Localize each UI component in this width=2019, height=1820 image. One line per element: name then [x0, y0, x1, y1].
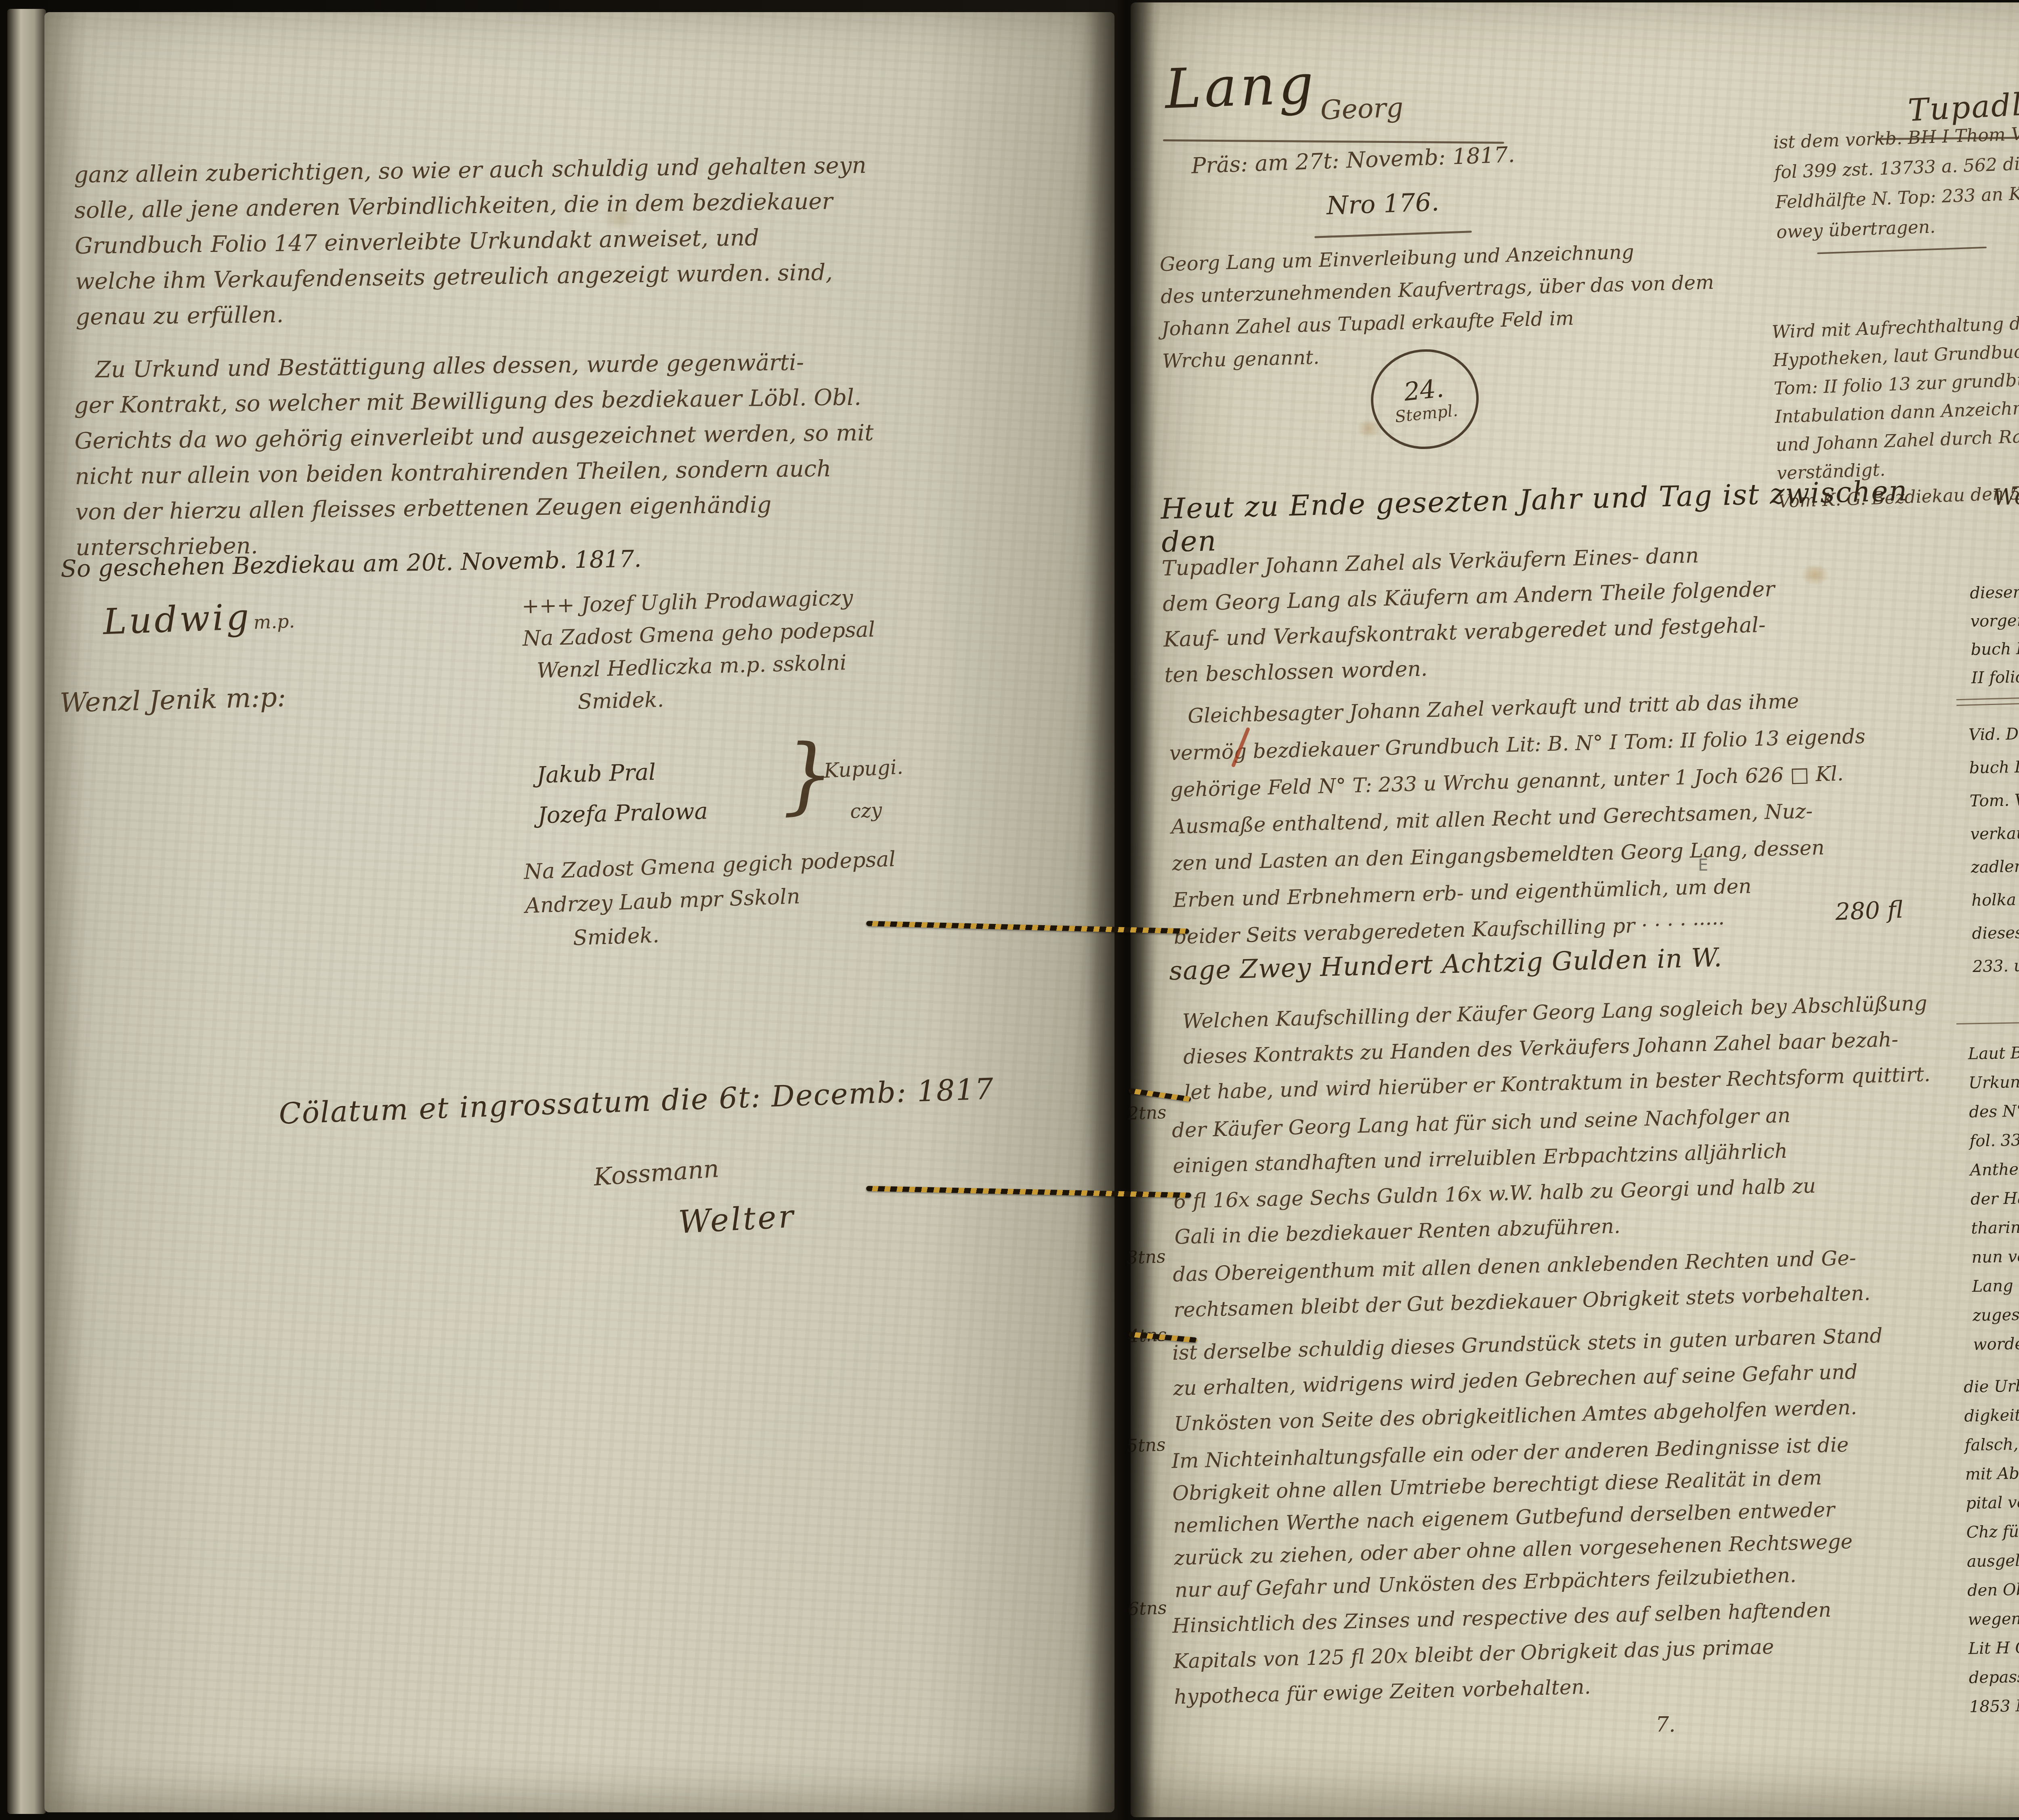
stamp-value: 24.	[1402, 373, 1445, 407]
book-edge-strip	[7, 9, 46, 1814]
colatum-line: Cölatum et ingrossatum die 6t: Decemb: 1…	[278, 1068, 1107, 1130]
payment-clause: Welchen Kaufschilling der Käufer Georg L…	[1182, 984, 1984, 1110]
clause-4-text: ist derselbe schuldig dieses Grundstück …	[1172, 1316, 1974, 1442]
buyer-label-1: Kupugi.	[823, 755, 904, 783]
clerk-signature-2: Welter	[678, 1198, 796, 1241]
left-paragraph-2: Zu Urkund und Bestättigung alles dessen,…	[73, 342, 1073, 566]
margin-note-top: ist dem vorkb. BH I Thom V fol 399 zst. …	[1773, 114, 2019, 247]
clause-5-text: Im Nichteinhaltungsfalle ein oder der an…	[1171, 1425, 1974, 1606]
signature-ludwig: Ludwig m.p.	[102, 594, 295, 643]
clause-2-text: der Käufer Georg Lang hat für sich und s…	[1171, 1093, 1974, 1255]
margin-note-3: Laut Bezdekauer Urkundenbuch Lit des N° …	[1968, 1036, 2019, 1359]
praesentatum-line: Präs: am 27t: Novemb: 1817.	[1191, 142, 1515, 178]
right-page: 258. Lang Georg Tupadl Präs: am 27t: Nov…	[1131, 2, 2019, 1817]
header-forename: Georg	[1320, 92, 1404, 126]
margin-note-1: dieser Verkauf ist vorgemerkt im Grund- …	[1970, 576, 2019, 692]
signature-ludwig-suffix: m.p.	[253, 610, 295, 634]
signature-ludwig-name: Ludwig	[102, 596, 252, 642]
clause-6-text: Hinsichtlich des Zinses und respective d…	[1172, 1589, 1974, 1715]
stamp-label: Stempl.	[1394, 401, 1459, 426]
manuscript-scan: ganz allein zuberichtigen, so wie er auc…	[0, 0, 2019, 1820]
price-digits: 280 fl	[1835, 896, 1904, 926]
clerk-signature-1: Kossmann	[593, 1155, 720, 1192]
exhibit-number: Nro 176.	[1326, 187, 1440, 220]
official-signature-1: Wellner	[1992, 481, 2019, 511]
witness-block-2: Na Zadost Gmena gegich podepsal Andrzey …	[523, 837, 1051, 957]
header-underline	[1163, 139, 1504, 144]
buyer-label-2: czy	[850, 799, 883, 823]
pencil-mark-e: E	[1698, 856, 1708, 875]
witness-block-1: +++ Jozef Uglih Prodawagiczy Na Zadost G…	[521, 577, 1049, 720]
margin-note-2: Vid. Dom. Grund- buch Lit. B. N° I. Tom.…	[1968, 715, 2019, 983]
opening-body: Tupadler Johann Zahel als Verkäufern Ein…	[1161, 531, 1964, 693]
signature-wenzl-jenik: Wenzl Jenik m:p:	[59, 682, 286, 719]
margin-note-4: die Urbarialschul- digkeiten zu werden f…	[1963, 1369, 2019, 1721]
left-paragraph-1: ganz allein zuberichtigen, so wie er auc…	[73, 145, 1069, 335]
book-gutter	[1086, 0, 1155, 1820]
exhibit-number-underline	[1314, 231, 1472, 238]
header-surname: Lang	[1164, 52, 1318, 121]
margin-note-top-underline	[1817, 247, 1987, 254]
footer-mark: 7.	[1656, 1713, 1676, 1737]
subject-paragraph: Georg Lang um Einverleibung und Anzeichn…	[1159, 232, 1776, 378]
left-page: ganz allein zuberichtigen, so wie er auc…	[44, 12, 1114, 1812]
